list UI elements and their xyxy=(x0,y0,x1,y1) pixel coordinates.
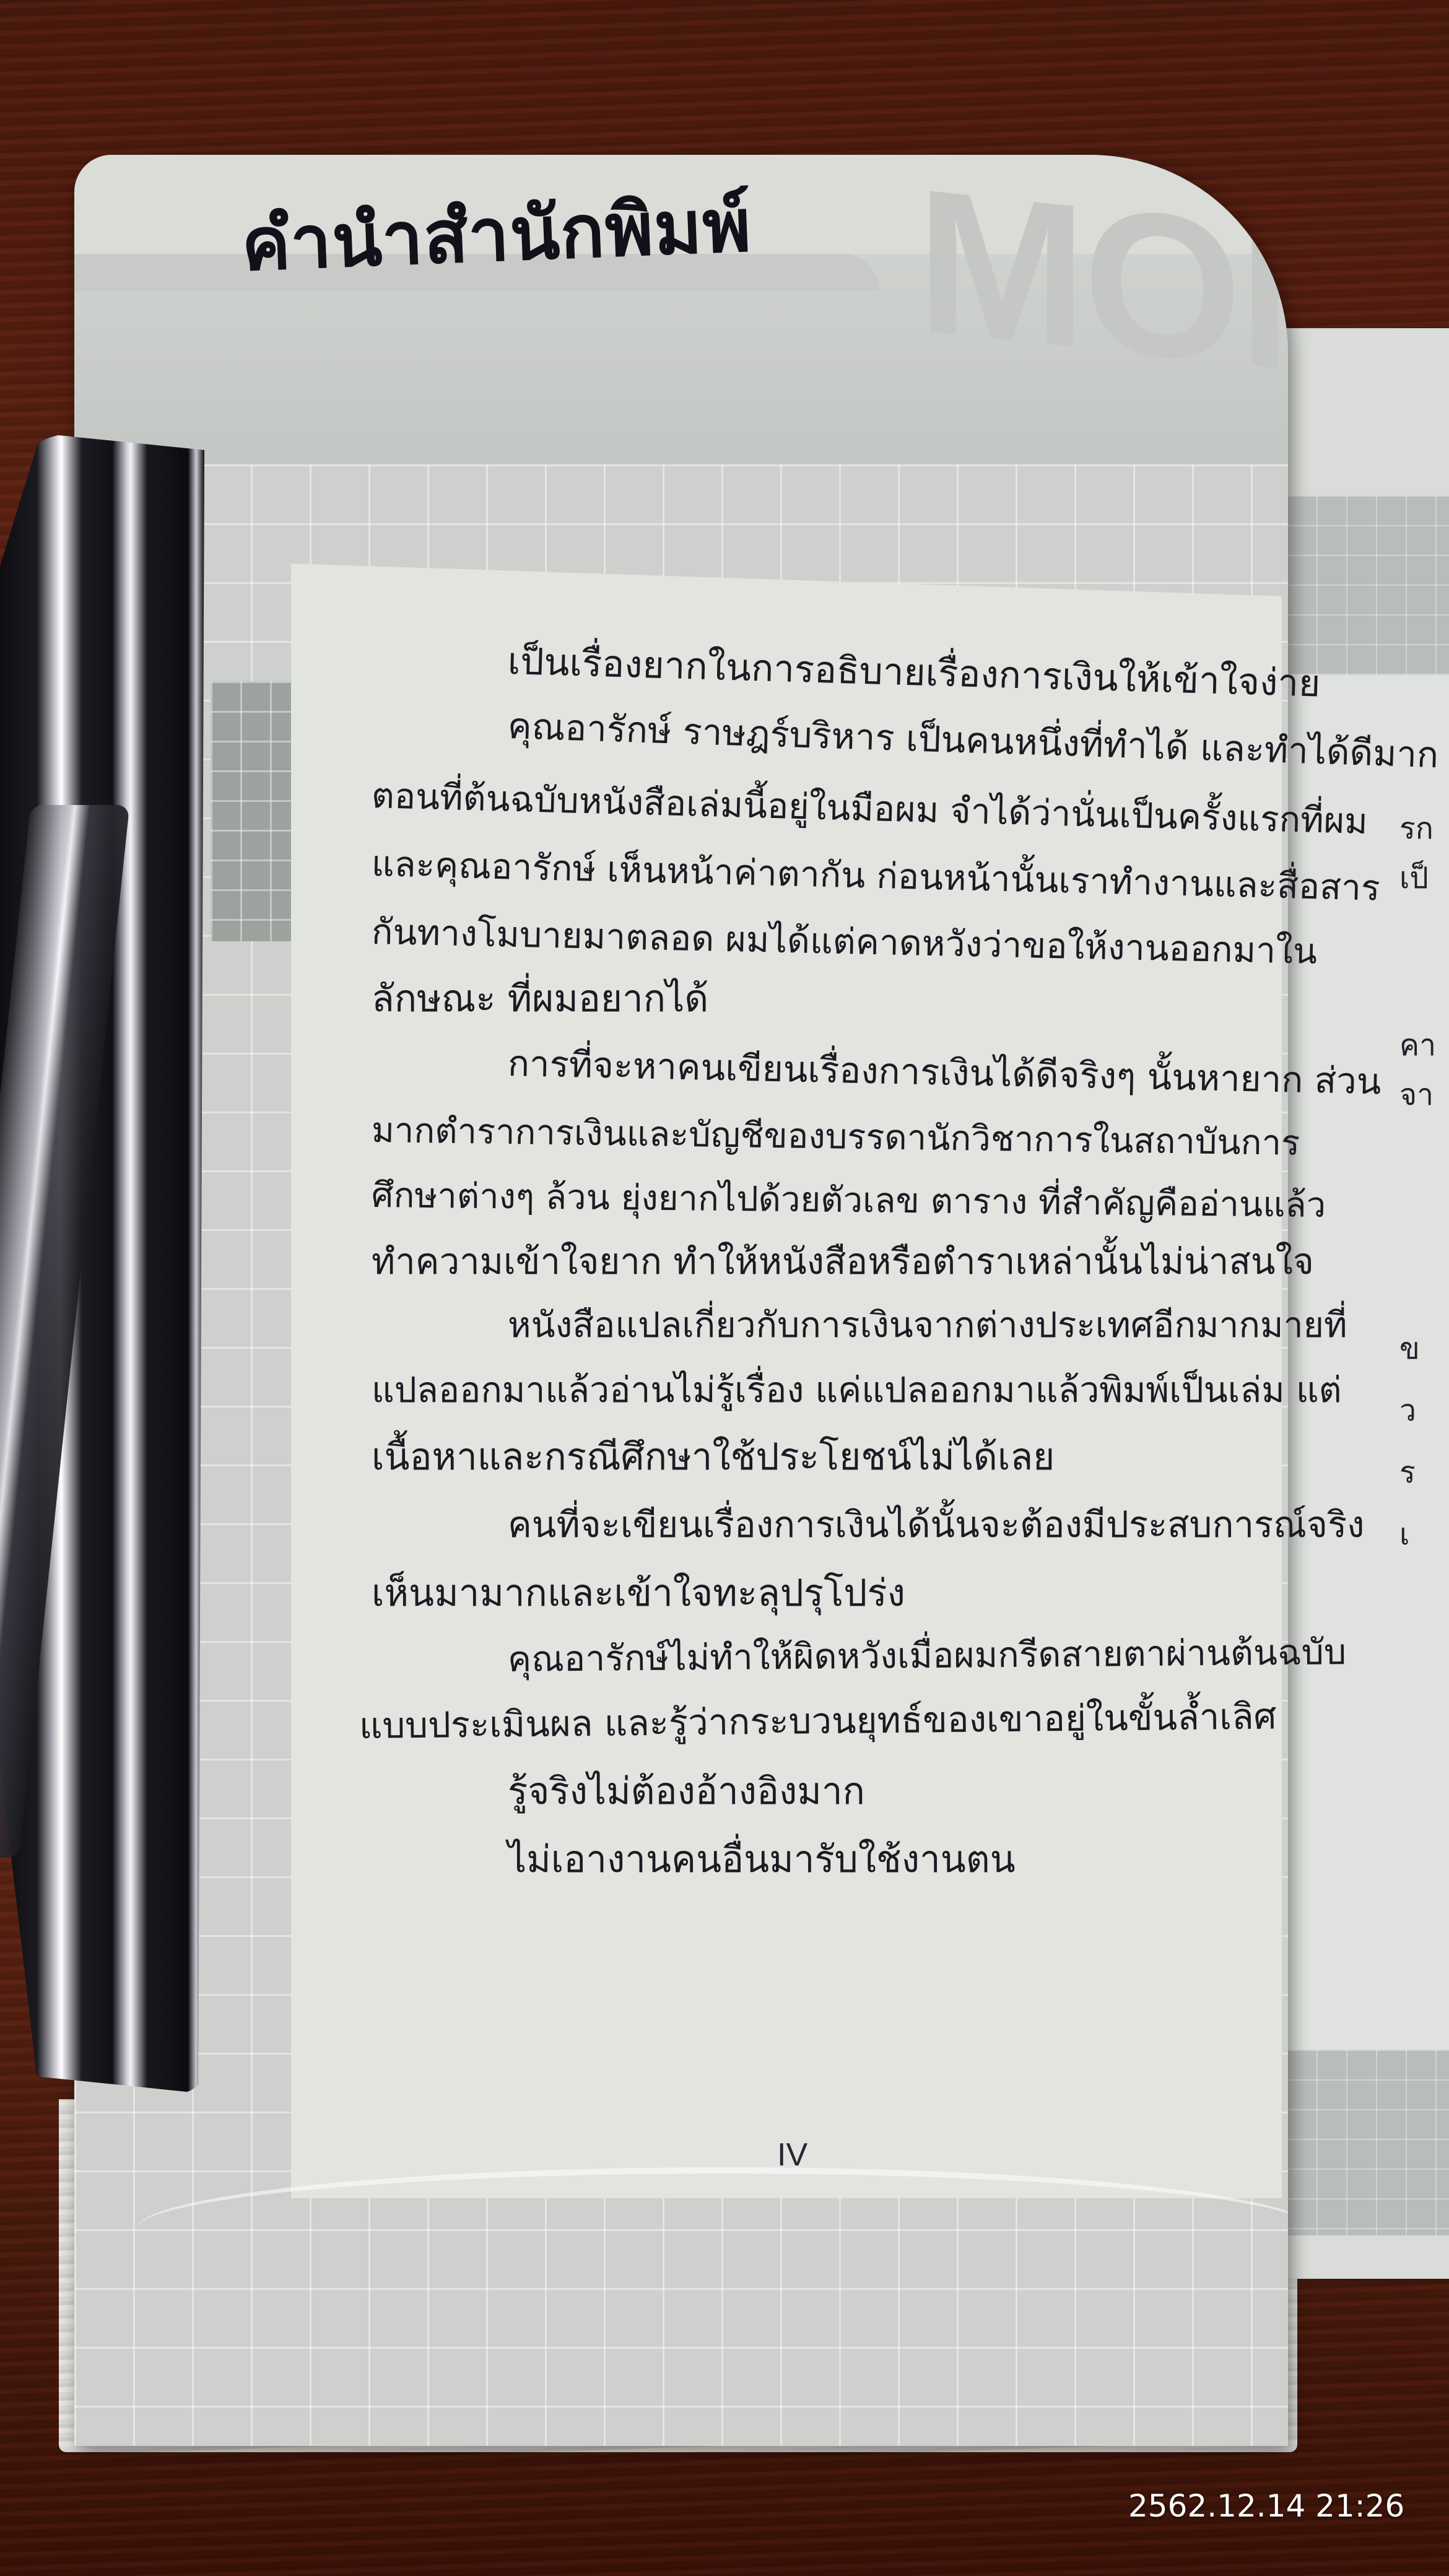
text-line: ลักษณะ ที่ผมอยากได้ xyxy=(372,969,708,1028)
page-number: IV xyxy=(777,2136,807,2173)
next-page-fragment: ร xyxy=(1399,1449,1416,1496)
text-line: เนื้อหาและกรณีศึกษาใช้ประโยชน์ไม่ได้เลย xyxy=(372,1427,1055,1486)
next-page-fragment: ว xyxy=(1399,1387,1416,1434)
page-title: คำนำสำนักพิมพ์ xyxy=(239,166,753,302)
photo-timestamp: 2562.12.14 21:26 xyxy=(1128,2488,1404,2524)
decorative-curve xyxy=(136,2167,1288,2291)
text-line: ศึกษาต่างๆ ล้วน ยุ่งยากไปด้วยตัวเลข ตารา… xyxy=(372,1167,1326,1232)
next-page-fragment: เป็ xyxy=(1399,855,1429,902)
text-line: หนังสือแปลเกี่ยวกับการเงินจากต่างประเทศอ… xyxy=(508,1297,1347,1353)
text-line: รู้จริงไม่ต้องอ้างอิงมาก xyxy=(508,1762,865,1821)
text-line: เห็นมามากและเข้าใจทะลุปรุโปร่ง xyxy=(372,1564,905,1622)
binder-clip xyxy=(0,433,204,2093)
next-page-fragment: ข xyxy=(1399,1325,1420,1372)
next-page-fragment: จา xyxy=(1399,1071,1434,1118)
next-page-fragment: รก xyxy=(1399,805,1434,852)
text-line: คนที่จะเขียนเรื่องการเงินได้นั้นจะต้องมี… xyxy=(508,1495,1364,1553)
text-line: ไม่เอางานคนอื่นมารับใช้งานตน xyxy=(508,1830,1016,1889)
text-line: ทำความเข้าใจยาก ทำให้หนังสือหรือตำราเหล่… xyxy=(372,1232,1314,1290)
next-page-fragment: เ xyxy=(1399,1511,1409,1558)
next-page-fragment: คา xyxy=(1399,1022,1436,1069)
text-line: คุณอารักษ์ไม่ทำให้ผิดหวังเมื่อผมกรีดสายต… xyxy=(508,1624,1347,1687)
text-line: แปลออกมาแล้วอ่านไม่รู้เรื่อง แค่แปลออกมา… xyxy=(372,1362,1342,1418)
text-line: แบบประเมินผล และรู้ว่ากระบวนยุทธ์ของเขาอ… xyxy=(359,1687,1277,1754)
